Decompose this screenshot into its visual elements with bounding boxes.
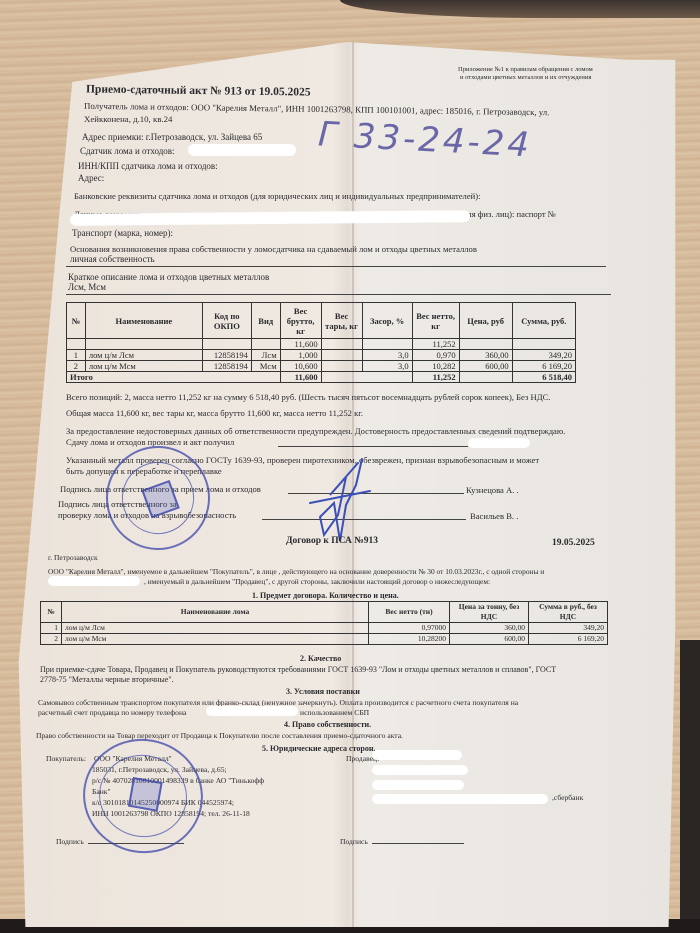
cell-net: 10,282 [412, 361, 459, 372]
col-header: Код по ОКПО [202, 303, 251, 339]
cell-net: 11,252 [412, 339, 459, 350]
total-gross: 11,600 [280, 372, 321, 383]
col-header: Вес нетто, кг [412, 303, 459, 339]
redaction [206, 706, 298, 716]
col-header: Вес нетто (тн) [369, 602, 450, 623]
supplier-label: Сдатчик лома и отходов: [80, 146, 175, 157]
cell-sum: 349,20 [529, 623, 608, 634]
col-header: Вид [251, 303, 280, 339]
divider [66, 266, 606, 267]
cell-name: лом ц/м Мсм [85, 361, 202, 372]
section-title: 3. Условия поставки [286, 686, 360, 697]
redaction [372, 780, 464, 790]
section-text: 2778-75 "Металлы черные вторичные". [40, 674, 174, 685]
table-row: 2 лом ц/м Мсм 10,28200 600,00 6 169,20 [41, 634, 608, 645]
cell-net: 10,28200 [369, 634, 450, 645]
cell-number: 2 [67, 361, 86, 372]
summary-line: Всего позиций: 2, масса нетто 11,252 кг … [66, 392, 550, 403]
cell-number: 2 [41, 634, 62, 645]
appendix-note: и отходами цветных металлов и их отчужде… [460, 74, 591, 82]
seller-sign-label: Подпись [340, 836, 368, 847]
stamp-logo-icon [128, 777, 163, 812]
cell-price: 600,00 [459, 361, 512, 372]
col-header: № [41, 602, 62, 623]
cell-price: 600,00 [450, 634, 529, 645]
table-row: 11,600 11,252 [67, 339, 576, 350]
cell-name: лом ц/м Лсм [85, 350, 202, 361]
background-shadow [340, 0, 700, 18]
seller-bank: ,сбербанк [552, 792, 583, 803]
contract-title: Договор к ПСА №913 [286, 536, 378, 547]
table-total-row: Итого 11,600 11,252 6 518,40 [67, 372, 576, 383]
col-header: Наименование [85, 303, 202, 339]
cell-kind: Лсм [251, 350, 280, 361]
section-text: Право собственности на Товар переходит о… [36, 730, 403, 741]
cell-name: лом ц/м Лсм [62, 623, 369, 634]
cell-waste: 3,0 [362, 361, 412, 372]
section-text: использованием СБП [300, 707, 369, 718]
total-net: 11,252 [412, 372, 459, 383]
transport-label: Транспорт (марка, номер): [72, 228, 173, 239]
table-row: 1 лом ц/м Лсм 12858194 Лсм 1,000 3,0 0,9… [67, 350, 576, 361]
cell-price: 360,00 [450, 623, 529, 634]
divider [66, 294, 611, 295]
col-header: Засор, % [362, 303, 412, 339]
cell-waste: 3,0 [362, 350, 412, 361]
section-title: 1. Предмет договора. Количество и цена. [252, 590, 399, 601]
supplier-inn-label: ИНН/КПП сдатчика лома и отходов: [78, 161, 218, 172]
cell-price: 360,00 [459, 350, 512, 361]
signature-name: Васильев В. . [470, 511, 518, 522]
cell-tare [321, 361, 362, 372]
signature-scribble [300, 455, 380, 545]
signature-line [278, 446, 468, 447]
col-header: Вес брутто, кг [280, 303, 321, 339]
ownership-basis-value: личная собственность [70, 254, 155, 265]
background-shadow [680, 640, 700, 933]
col-header: Сумма в руб., без НДС [529, 602, 608, 623]
table-row: 1 лом ц/м Лсм 0,97000 360,00 349,20 [41, 623, 608, 634]
contract-table: № Наименование лома Вес нетто (тн) Цена … [40, 601, 608, 645]
col-header: Цена, руб [459, 303, 512, 339]
cell-sum: 6 169,20 [512, 361, 575, 372]
cell-number: 1 [67, 350, 86, 361]
redaction [468, 438, 530, 448]
cell-number: 1 [41, 623, 62, 634]
buyer-sign-label: Подпись [56, 836, 84, 847]
cell-sum: 349,20 [512, 350, 575, 361]
cell-gross: 10,600 [280, 361, 321, 372]
col-header: Вес тары, кг [321, 303, 362, 339]
short-description-value: Лсм, Мсм [68, 282, 106, 293]
intake-address: Адрес приемки: г.Петрозаводск, ул. Зайце… [82, 132, 262, 143]
contract-city: г. Петрозаводск [48, 552, 98, 563]
contract-date: 19.05.2025 [552, 538, 595, 549]
redaction [372, 794, 548, 804]
cell-net: 0,970 [412, 350, 459, 361]
cell-name: лом ц/м Мсм [62, 634, 369, 645]
appendix-note: Приложение №1 к правилам обращения с лом… [458, 66, 593, 74]
contract-intro: , именуемый в дальнейшем "Продавец", с д… [144, 576, 490, 587]
section-title: 4. Право собственности. [284, 719, 371, 730]
total-sum: 6 518,40 [512, 372, 575, 383]
cell-sum: 6 169,20 [529, 634, 608, 645]
buyer-label: Покупатель: [46, 753, 86, 764]
section-text: расчетный счет продавца по номеру телефо… [38, 707, 186, 718]
cell-gross: 11,600 [280, 339, 321, 350]
col-header: Цена за тонну, без НДС [450, 602, 529, 623]
cell-gross: 1,000 [280, 350, 321, 361]
col-header: № [67, 303, 86, 339]
recipient-line: Хейкконена, д.10, кв.24 [84, 114, 172, 125]
cell-kind: Мсм [251, 361, 280, 372]
table-row: 2 лом ц/м Мсм 12858194 Мсм 10,600 3,0 10… [67, 361, 576, 372]
cell-okpo: 12858194 [202, 350, 251, 361]
redaction [372, 765, 468, 775]
col-header: Наименование лома [62, 602, 369, 623]
redaction [372, 750, 462, 760]
summary-line: Общая масса 11,600 кг, вес тары кг, масс… [66, 408, 363, 419]
redaction [188, 144, 296, 156]
redaction [48, 576, 140, 586]
bank-details-label: Банковские реквизиты сдатчика лома и отх… [74, 191, 481, 202]
cell-tare [321, 350, 362, 361]
cell-net: 0,97000 [369, 623, 450, 634]
cell-okpo: 12858194 [202, 361, 251, 372]
col-header: Сумма, руб. [512, 303, 575, 339]
signature-line [372, 843, 464, 844]
summary-line: За предоставление недостоверных данных о… [66, 426, 565, 437]
act-table: № Наименование Код по ОКПО Вид Вес брутт… [66, 302, 576, 383]
section-title: 2. Качество [300, 653, 341, 664]
address-label: Адрес: [78, 173, 104, 184]
signature-name: Кузнецова А. . [466, 485, 519, 496]
total-label: Итого [67, 372, 281, 383]
